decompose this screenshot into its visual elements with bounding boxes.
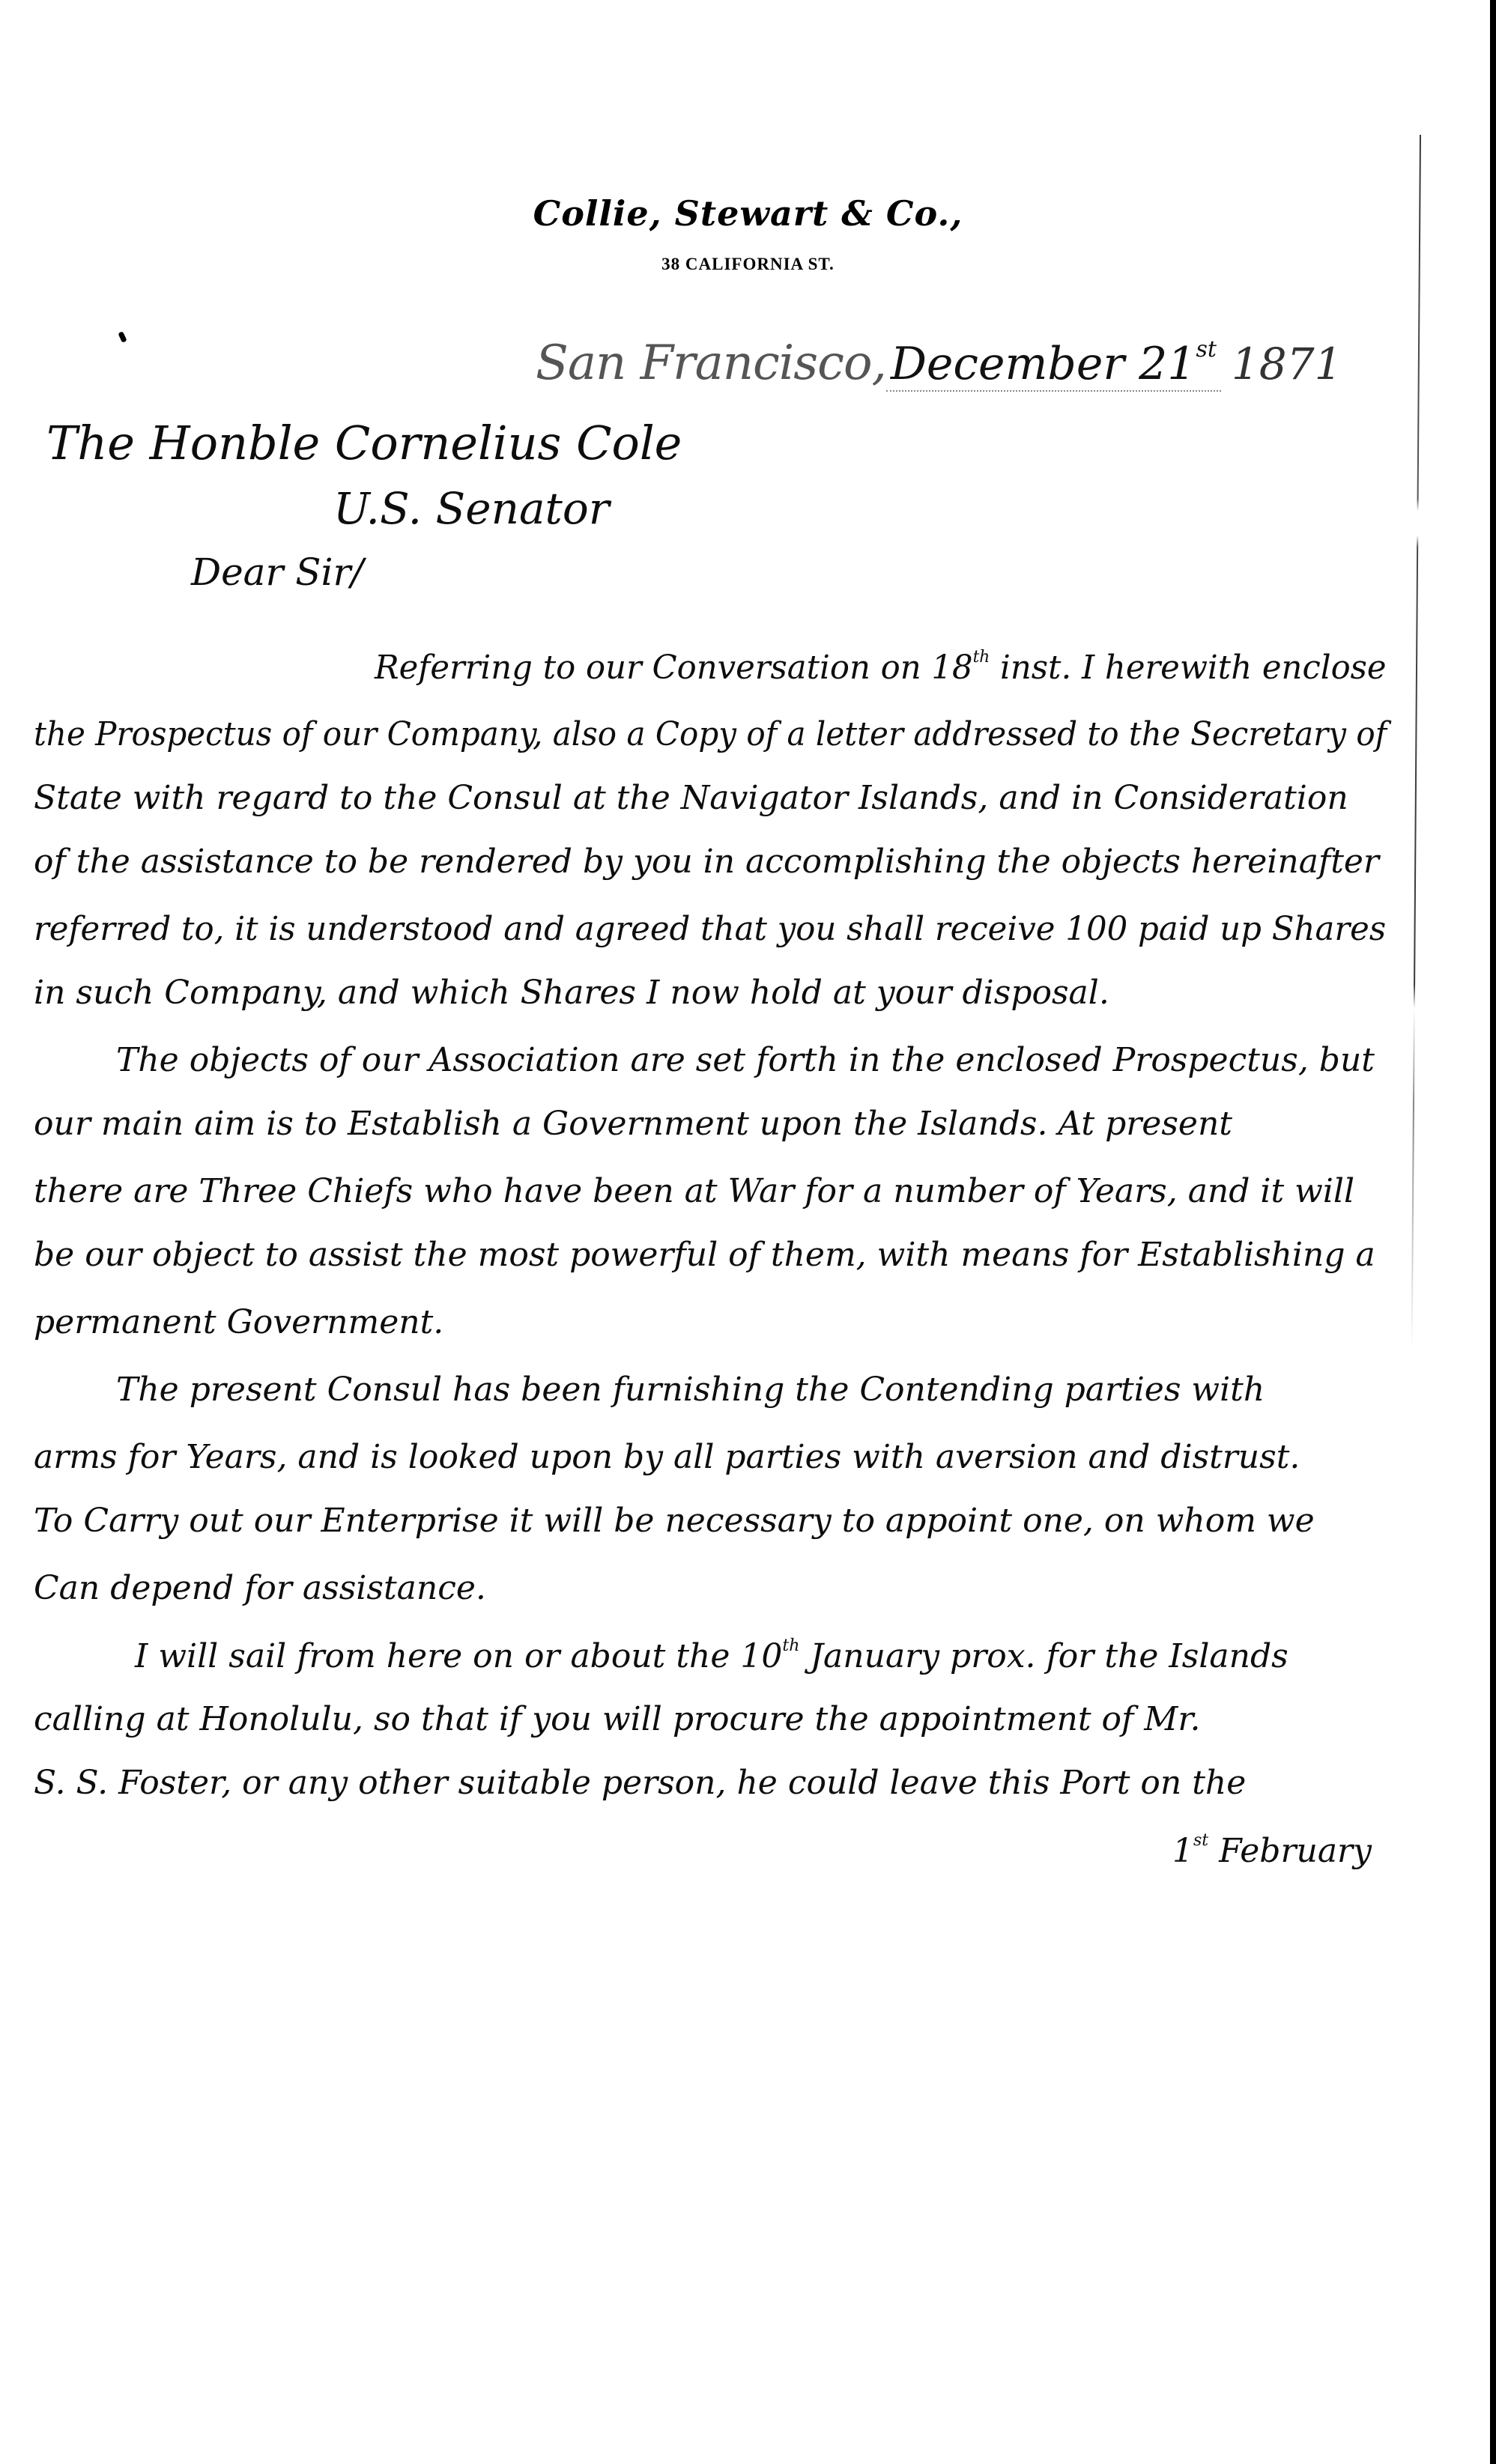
addressee-name: The Honble Cornelius Cole bbox=[46, 416, 682, 470]
superscript: th bbox=[973, 648, 990, 667]
letterhead-firm-name: Collie, Stewart & Co., bbox=[0, 193, 1496, 234]
body-line: To Carry out our Enterprise it will be n… bbox=[34, 1502, 1315, 1540]
body-text: inst. I herewith enclose bbox=[990, 649, 1386, 687]
ink-mark bbox=[118, 331, 127, 343]
paper-fold-line bbox=[1411, 135, 1421, 1348]
body-line: calling at Honolulu, so that if you will… bbox=[34, 1700, 1201, 1738]
body-text: February bbox=[1208, 1832, 1372, 1870]
catchword: 1st February bbox=[1172, 1831, 1372, 1870]
body-line: referred to, it is understood and agreed… bbox=[34, 910, 1386, 948]
body-text: January prox. for the Islands bbox=[799, 1637, 1288, 1675]
body-line: permanent Government. bbox=[34, 1303, 443, 1341]
scan-edge-strip bbox=[1490, 0, 1496, 2464]
dateline-ordinal: st bbox=[1196, 336, 1216, 362]
dateline-city: San Francisco, bbox=[536, 336, 886, 391]
addressee-title: U.S. Senator bbox=[333, 483, 609, 534]
body-line: there are Three Chiefs who have been at … bbox=[34, 1172, 1354, 1210]
body-line: our main aim is to Establish a Governmen… bbox=[34, 1105, 1232, 1143]
letterhead-address: 38 CALIFORNIA ST. bbox=[0, 255, 1496, 274]
body-text: 1 bbox=[1172, 1832, 1193, 1870]
salutation: Dear Sir/ bbox=[191, 550, 363, 594]
body-line: of the assistance to be rendered by you … bbox=[34, 843, 1379, 881]
body-line: The objects of our Association are set f… bbox=[116, 1041, 1375, 1079]
body-line: arms for Years, and is looked upon by al… bbox=[34, 1438, 1300, 1476]
superscript: th bbox=[782, 1636, 799, 1655]
body-line: the Prospectus of our Company, also a Co… bbox=[34, 715, 1387, 753]
body-text: I will sail from here on or about the 10 bbox=[135, 1637, 782, 1675]
body-line: State with regard to the Consul at the N… bbox=[34, 779, 1348, 817]
body-line: be our object to assist the most powerfu… bbox=[34, 1236, 1375, 1274]
body-line: S. S. Foster, or any other suitable pers… bbox=[34, 1764, 1246, 1802]
body-line: Referring to our Conversation on 18th in… bbox=[375, 648, 1387, 687]
dateline-year: 1871 bbox=[1232, 339, 1342, 389]
body-text: Referring to our Conversation on 18 bbox=[375, 649, 973, 687]
superscript: st bbox=[1193, 1831, 1208, 1850]
body-line: in such Company, and which Shares I now … bbox=[34, 974, 1109, 1012]
dateline-date: December 21st bbox=[886, 338, 1221, 392]
dateline: San Francisco,December 21st1871 bbox=[536, 336, 1367, 395]
letter-page: Collie, Stewart & Co., 38 CALIFORNIA ST.… bbox=[0, 0, 1496, 2464]
body-line: I will sail from here on or about the 10… bbox=[135, 1636, 1288, 1675]
dateline-month-day: December 21 bbox=[891, 338, 1196, 390]
body-line: The present Consul has been furnishing t… bbox=[116, 1371, 1265, 1409]
body-line: Can depend for assistance. bbox=[34, 1569, 486, 1607]
